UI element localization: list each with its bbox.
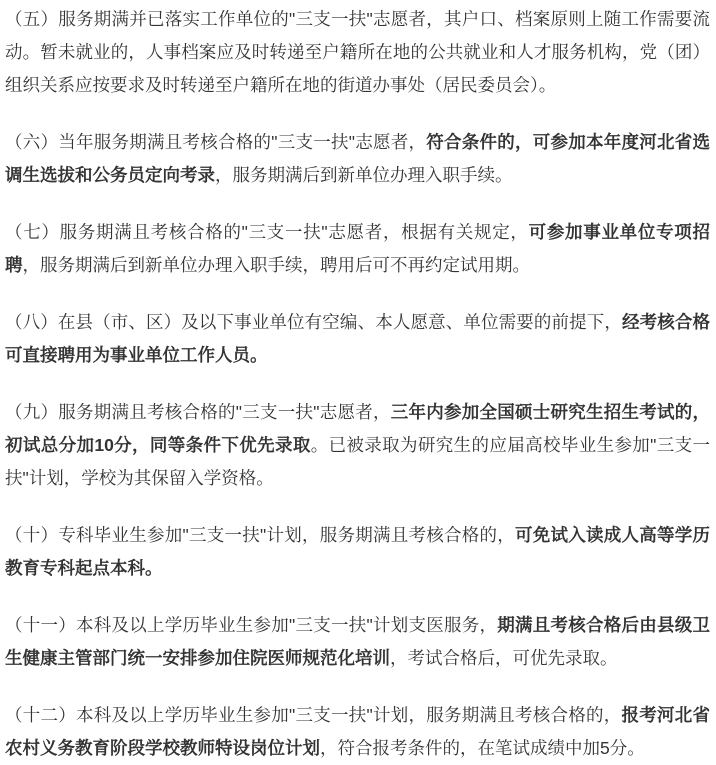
text-segment: ，服务期满后到新单位办理入职手续。 <box>215 165 513 185</box>
paragraph: （十一）本科及以上学历毕业生参加"三支一扶"计划支医服务，期满且考核合格后由县级… <box>5 609 710 675</box>
paragraph: （九）服务期满且考核合格的"三支一扶"志愿者，三年内参加全国硕士研究生招生考试的… <box>5 396 710 495</box>
text-segment: ，符合报考条件的，在笔试成绩中加5分。 <box>320 738 645 758</box>
text-segment: （十一）本科及以上学历毕业生参加"三支一扶"计划支医服务， <box>5 615 497 635</box>
paragraph: （十二）本科及以上学历毕业生参加"三支一扶"计划，服务期满且考核合格的，报考河北… <box>5 699 710 765</box>
paragraph: （五）服务期满并已落实工作单位的"三支一扶"志愿者，其户口、档案原则上随工作需要… <box>5 3 710 102</box>
text-segment: （六）当年服务期满且考核合格的"三支一扶"志愿者， <box>5 132 426 152</box>
text-segment: （十二）本科及以上学历毕业生参加"三支一扶"计划，服务期满且考核合格的， <box>5 705 622 725</box>
text-segment: （五）服务期满并已落实工作单位的"三支一扶"志愿者，其户口、档案原则上随工作需要… <box>5 9 710 95</box>
text-segment: ，考试合格后，可优先录取。 <box>390 648 618 668</box>
text-segment: （十）专科毕业生参加"三支一扶"计划，服务期满且考核合格的， <box>5 525 515 545</box>
paragraph: （十）专科毕业生参加"三支一扶"计划，服务期满且考核合格的，可免试入读成人高等学… <box>5 519 710 585</box>
text-segment: （七）服务期满且考核合格的"三支一扶"志愿者，根据有关规定， <box>5 222 529 242</box>
policy-document: （五）服务期满并已落实工作单位的"三支一扶"志愿者，其户口、档案原则上随工作需要… <box>0 0 716 765</box>
paragraph: （六）当年服务期满且考核合格的"三支一扶"志愿者，符合条件的，可参加本年度河北省… <box>5 126 710 192</box>
text-segment: （九）服务期满且考核合格的"三支一扶"志愿者， <box>5 402 391 422</box>
paragraph: （七）服务期满且考核合格的"三支一扶"志愿者，根据有关规定，可参加事业单位专项招… <box>5 216 710 282</box>
paragraph: （八）在县（市、区）及以下事业单位有空编、本人愿意、单位需要的前提下，经考核合格… <box>5 306 710 372</box>
text-segment: （八）在县（市、区）及以下事业单位有空编、本人愿意、单位需要的前提下， <box>5 312 622 332</box>
text-segment: ，服务期满后到新单位办理入职手续，聘用后可不再约定试用期。 <box>23 255 531 275</box>
